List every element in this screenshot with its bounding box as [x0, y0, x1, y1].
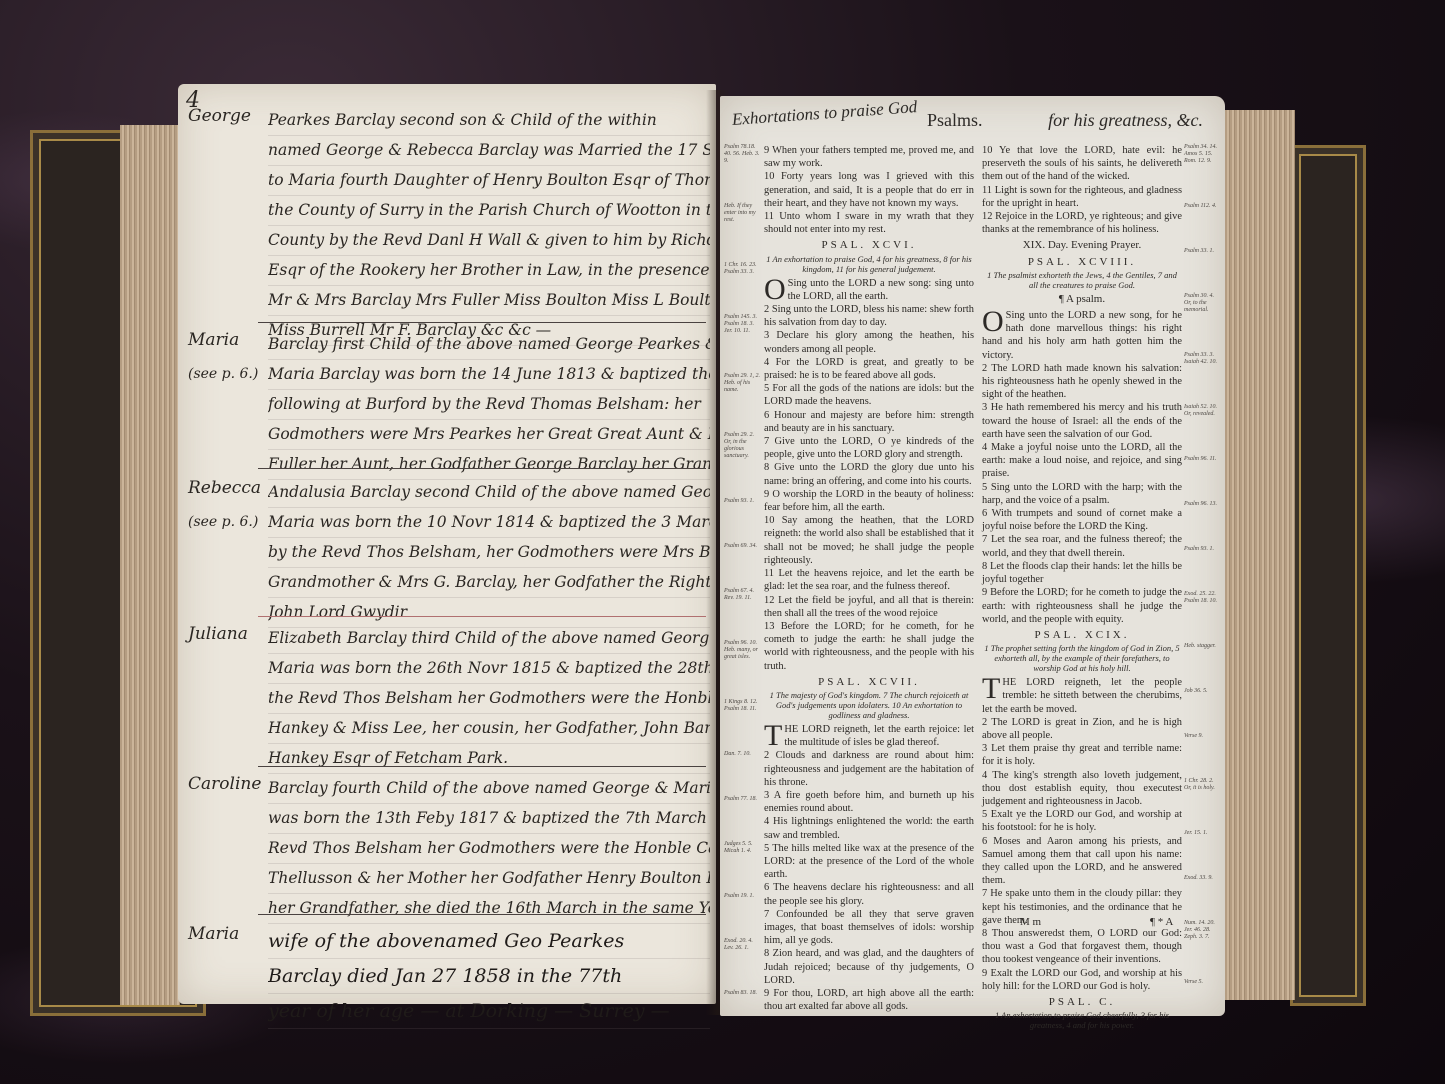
- verse: 8 Let the floods clap their hands: let t…: [982, 560, 1182, 586]
- cross-reference-note: Judges 5. 5. Micah 1. 4.: [724, 841, 762, 855]
- cross-reference-note: Psalm 78.18. 40. 56. Heb. 3. 9.: [724, 144, 762, 165]
- divider-rule: [258, 468, 706, 469]
- verse: 2 Clouds and darkness are round about hi…: [764, 749, 974, 789]
- psalm-argument: 1 An exhortation to praise God cheerfull…: [982, 1010, 1182, 1030]
- margin-references-right: Psalm 34. 14. Amos 5. 15. Rom. 12. 9.Psa…: [1184, 144, 1222, 1024]
- divider-rule: [258, 322, 706, 323]
- catchword-mark: ¶ * A: [1150, 916, 1173, 928]
- verse: 11 Unto whom I sware in my wrath that th…: [764, 210, 974, 236]
- verse: 4 For the LORD is great, and greatly to …: [764, 356, 974, 382]
- cross-reference-note: Exod. 20. 4. Lev. 26. 1.: [724, 938, 762, 952]
- verse: 8 Give unto the LORD the glory due unto …: [764, 461, 974, 487]
- drop-cap: T: [982, 676, 1000, 702]
- verse: 8 Thou answeredst them, O LORD our God: …: [982, 927, 1182, 967]
- verse: 5 Exalt ye the LORD our God, and worship…: [982, 808, 1182, 834]
- day-heading: XIX. Day. Evening Prayer.: [982, 239, 1182, 252]
- psalm-argument: 1 An exhortation to praise God, 4 for hi…: [764, 254, 974, 274]
- entry-line: Hankey Esqr of Fetcham Park.: [268, 744, 710, 774]
- text-column-left: 9 When your fathers tempted me, proved m…: [764, 144, 974, 1013]
- cross-reference-note: Num. 14. 20. Jer. 46. 28. Zeph. 3. 7.: [1184, 920, 1222, 941]
- verse: 6 The heavens declare his righteousness:…: [764, 881, 974, 907]
- cross-reference-note: Psalm 33. 1.: [1184, 248, 1222, 255]
- entry-line: Maria Barclay was born the 14 June 1813 …: [268, 360, 710, 390]
- running-head-left: Exhortations to praise God: [731, 97, 918, 130]
- running-head: Exhortations to praise God Psalms. for h…: [732, 110, 1213, 140]
- cross-reference-note: Psalm 93. 1.: [724, 498, 762, 505]
- verse: 6 With trumpets and sound of cornet make…: [982, 507, 1182, 533]
- entry-line: Grandmother & Mrs G. Barclay, her Godfat…: [268, 568, 710, 598]
- cross-reference-note: Psalm 77. 18.: [724, 796, 762, 803]
- cross-reference-note: Psalm 69. 34.: [724, 543, 762, 550]
- verse-text: HE LORD reigneth, let the earth rejoice:…: [784, 724, 974, 748]
- entry-line: Revd Thos Belsham her Godmothers were th…: [268, 834, 710, 864]
- psalm-heading: PSAL. XCIX.: [982, 629, 1182, 642]
- entry-name: Maria: [188, 330, 262, 350]
- cross-reference-note: Psalm 96. 11.: [1184, 456, 1222, 463]
- cross-reference-note: Psalm 83. 18.: [724, 990, 762, 997]
- cross-reference-note: Isaiah 52. 10. Or, revealed.: [1184, 404, 1222, 418]
- verse-with-drop-cap: OSing unto the LORD a new song: sing unt…: [764, 277, 974, 303]
- cross-reference-note: Psalm 33. 3. Isaiah 42. 10.: [1184, 352, 1222, 366]
- entry-line: the County of Surry in the Parish Church…: [268, 196, 710, 226]
- verse: 6 Honour and majesty are before him: str…: [764, 409, 974, 435]
- verse: 2 The LORD is great in Zion, and he is h…: [982, 716, 1182, 742]
- right-page-printed: Exhortations to praise God Psalms. for h…: [720, 96, 1225, 1016]
- entry-line: Maria was born the 10 Novr 1814 & baptiz…: [268, 508, 710, 538]
- cross-reference-note: Psalm 96. 13.: [1184, 501, 1222, 508]
- text-column-right: 10 Ye that love the LORD, hate evil: he …: [982, 144, 1182, 1033]
- verse: 9 Exalt the LORD our God, and worship at…: [982, 967, 1182, 993]
- cross-reference-note: Psalm 93. 1.: [1184, 546, 1222, 553]
- left-page-manuscript: 4 GeorgePearkes Barclay second son & Chi…: [178, 84, 716, 1004]
- drop-cap: O: [764, 277, 786, 303]
- entry-line: Esqr of the Rookery her Brother in Law, …: [268, 256, 710, 286]
- entry-name: Maria: [188, 924, 262, 944]
- running-head-right: for his greatness, &c.: [1048, 110, 1203, 131]
- register-entry: GeorgePearkes Barclay second son & Child…: [188, 106, 710, 126]
- verse: 7 Give unto the LORD, O ye kindreds of t…: [764, 435, 974, 461]
- entry-line: wife of the abovenamed Geo Pearkes: [268, 924, 710, 959]
- verse: 9 Before the LORD; for he cometh to judg…: [982, 586, 1182, 626]
- cross-reference-note: Psalm 34. 14. Amos 5. 15. Rom. 12. 9.: [1184, 144, 1222, 165]
- cross-reference-note: Heb. stagger.: [1184, 643, 1222, 650]
- entry-line: County by the Revd Danl H Wall & given t…: [268, 226, 710, 256]
- verse: 10 Forty years long was I grieved with t…: [764, 170, 974, 210]
- entry-line: Andalusia Barclay second Child of the ab…: [268, 478, 710, 508]
- cross-reference-note: Exod. 25. 22. Psalm 18. 10.: [1184, 591, 1222, 605]
- cross-reference-note: 1 Kings 8. 12. Psalm 18. 11.: [724, 699, 762, 713]
- entry-cross-reference: (see p. 6.): [188, 514, 258, 530]
- psalm-heading: PSAL. XCVIII.: [982, 256, 1182, 269]
- verse: 3 He hath remembered his mercy and his t…: [982, 401, 1182, 441]
- verse-with-drop-cap: THE LORD reigneth, let the people trembl…: [982, 676, 1182, 716]
- cross-reference-note: Job 36. 5.: [1184, 688, 1222, 695]
- entry-line: year of her age — at Dorking — Surrey —: [268, 994, 710, 1029]
- verse: 4 His lightnings enlightened the world: …: [764, 815, 974, 841]
- entry-line: following at Burford by the Revd Thomas …: [268, 390, 710, 420]
- cross-reference-note: Psalm 112. 4.: [1184, 203, 1222, 210]
- cross-reference-note: Jer. 15. 1.: [1184, 830, 1222, 837]
- entry-line: Barclay died Jan 27 1858 in the 77th: [268, 959, 710, 994]
- entry-line: Thellusson & her Mother her Godfather He…: [268, 864, 710, 894]
- entry-line: Fuller her Aunt, her Godfather George Ba…: [268, 450, 710, 480]
- verse: 12 Rejoice in the LORD, ye righteous; an…: [982, 210, 1182, 236]
- cross-reference-note: Psalm 19. 1.: [724, 893, 762, 900]
- verse: 3 A fire goeth before him, and burneth u…: [764, 789, 974, 815]
- cross-reference-note: Dan. 7. 10.: [724, 751, 762, 758]
- verse-text: HE LORD reigneth, let the people tremble…: [982, 677, 1182, 714]
- register-entry: JulianaElizabeth Barclay third Child of …: [188, 624, 710, 644]
- register-entry: Maria(see p. 6.)Barclay first Child of t…: [188, 330, 710, 350]
- drop-cap: O: [982, 309, 1004, 335]
- verse-with-drop-cap: OSing unto the LORD a new song, for he h…: [982, 309, 1182, 362]
- cross-reference-note: Psalm 29. 2. Or, in the glorious sanctua…: [724, 432, 762, 460]
- psalm-argument: 1 The prophet setting forth the kingdom …: [982, 643, 1182, 673]
- drop-cap: T: [764, 723, 782, 749]
- verse: 10 Say among the heathen, that the LORD …: [764, 514, 974, 567]
- verse: 9 When your fathers tempted me, proved m…: [764, 144, 974, 170]
- verse-with-drop-cap: THE LORD reigneth, let the earth rejoice…: [764, 723, 974, 749]
- verse: 4 The king's strength also loveth judgem…: [982, 769, 1182, 809]
- verse: 11 Let the heavens rejoice, and let the …: [764, 567, 974, 593]
- entry-name: Rebecca: [188, 478, 262, 498]
- verse: 12 Let the field be joyful, and all that…: [764, 594, 974, 620]
- entry-line: the Revd Thos Belsham her Godmothers wer…: [268, 684, 710, 714]
- verse: 5 The hills melted like wax at the prese…: [764, 842, 974, 882]
- cross-reference-note: 1 Chr. 16. 23. Psalm 33. 3.: [724, 262, 762, 276]
- divider-rule: [258, 914, 706, 915]
- verse: 8 Zion heard, and was glad, and the daug…: [764, 947, 974, 987]
- entry-name: George: [188, 106, 262, 126]
- psalm-argument: 1 The majesty of God's kingdom. 7 The ch…: [764, 690, 974, 720]
- register-entry: CarolineBarclay fourth Child of the abov…: [188, 774, 710, 794]
- cross-reference-note: 1 Chr. 28. 2. Or, it is holy.: [1184, 778, 1222, 792]
- entry-line: Barclay first Child of the above named G…: [268, 330, 710, 360]
- running-head-center: Psalms.: [927, 110, 983, 131]
- verse: 7 Let the sea roar, and the fulness ther…: [982, 533, 1182, 559]
- entry-line: Maria was born the 26th Novr 1815 & bapt…: [268, 654, 710, 684]
- entry-line: was born the 13th Feby 1817 & baptized t…: [268, 804, 710, 834]
- divider-rule: [258, 766, 706, 767]
- day-heading: ¶ A psalm.: [982, 293, 1182, 306]
- psalm-argument: 1 The psalmist exhorteth the Jews, 4 the…: [982, 270, 1182, 290]
- cross-reference-note: Heb. If they enter into my rest.: [724, 203, 762, 224]
- divider-rule: [258, 616, 706, 617]
- psalm-heading: PSAL. C.: [982, 996, 1182, 1009]
- entry-line: Mr & Mrs Barclay Mrs Fuller Miss Boulton…: [268, 286, 710, 316]
- register-entry: Rebecca(see p. 6.)Andalusia Barclay seco…: [188, 478, 710, 498]
- book-cover-right: [1290, 145, 1366, 1006]
- verse: 2 The LORD hath made known his salvation…: [982, 362, 1182, 402]
- entry-line: named George & Rebecca Barclay was Marri…: [268, 136, 710, 166]
- signature-mark: M m: [1020, 916, 1041, 928]
- cross-reference-note: Psalm 67. 4. Rev. 19. 11.: [724, 588, 762, 602]
- entry-line: Hankey & Miss Lee, her cousin, her Godfa…: [268, 714, 710, 744]
- verse: 5 Sing unto the LORD with the harp; with…: [982, 481, 1182, 507]
- verse: 3 Declare his glory among the heathen, h…: [764, 329, 974, 355]
- entry-line: Godmothers were Mrs Pearkes her Great Gr…: [268, 420, 710, 450]
- verse-text: Sing unto the LORD a new song, for he ha…: [982, 310, 1182, 361]
- verse: 5 For all the gods of the nations are id…: [764, 382, 974, 408]
- entry-line: Barclay fourth Child of the above named …: [268, 774, 710, 804]
- page-edges-right: [1220, 110, 1295, 1000]
- entry-name: Juliana: [188, 624, 262, 644]
- verse: 6 Moses and Aaron among his priests, and…: [982, 835, 1182, 888]
- entry-line: Pearkes Barclay second son & Child of th…: [268, 106, 710, 136]
- verse: 4 Make a joyful noise unto the LORD, all…: [982, 441, 1182, 481]
- entry-cross-reference: (see p. 6.): [188, 366, 258, 382]
- entry-line: her Grandfather, she died the 16th March…: [268, 894, 710, 924]
- verse: 3 Let them praise thy great and terrible…: [982, 742, 1182, 768]
- psalm-heading: PSAL. XCVII.: [764, 676, 974, 689]
- margin-references-left: Psalm 78.18. 40. 56. Heb. 3. 9.Heb. If t…: [724, 144, 762, 1035]
- psalm-heading: PSAL. XCVI.: [764, 239, 974, 252]
- entry-name: Caroline: [188, 774, 262, 794]
- verse: 7 Confounded be all they that serve grav…: [764, 908, 974, 948]
- verse: 10 Ye that love the LORD, hate evil: he …: [982, 144, 1182, 184]
- verse: 9 For thou, LORD, art high above all the…: [764, 987, 974, 1013]
- entry-line: by the Revd Thos Belsham, her Godmothers…: [268, 538, 710, 568]
- cross-reference-note: Exod. 33. 9.: [1184, 875, 1222, 882]
- verse: 9 O worship the LORD in the beauty of ho…: [764, 488, 974, 514]
- cross-reference-note: Psalm 96. 10. Heb. many, or great isles.: [724, 640, 762, 661]
- cross-reference-note: Verse 5.: [1184, 979, 1222, 986]
- cross-reference-note: Psalm 30. 4. Or, to the memorial.: [1184, 293, 1222, 314]
- entry-line: Elizabeth Barclay third Child of the abo…: [268, 624, 710, 654]
- page-edges-left: [120, 125, 180, 1005]
- entry-line: to Maria fourth Daughter of Henry Boulto…: [268, 166, 710, 196]
- verse-text: Sing unto the LORD a new song: sing unto…: [788, 278, 974, 302]
- verse: 13 Before the LORD; for he cometh, for h…: [764, 620, 974, 673]
- verse: 11 Light is sown for the righteous, and …: [982, 184, 1182, 210]
- verse: 2 Sing unto the LORD, bless his name: sh…: [764, 303, 974, 329]
- cross-reference-note: Psalm 29. 1, 2. Heb. of his name.: [724, 373, 762, 394]
- cross-reference-note: Psalm 145. 3. Psalm 18. 3. Jer. 10. 11.: [724, 314, 762, 335]
- register-entry: Mariawife of the abovenamed Geo PearkesB…: [188, 924, 710, 944]
- cross-reference-note: Verse 9.: [1184, 733, 1222, 740]
